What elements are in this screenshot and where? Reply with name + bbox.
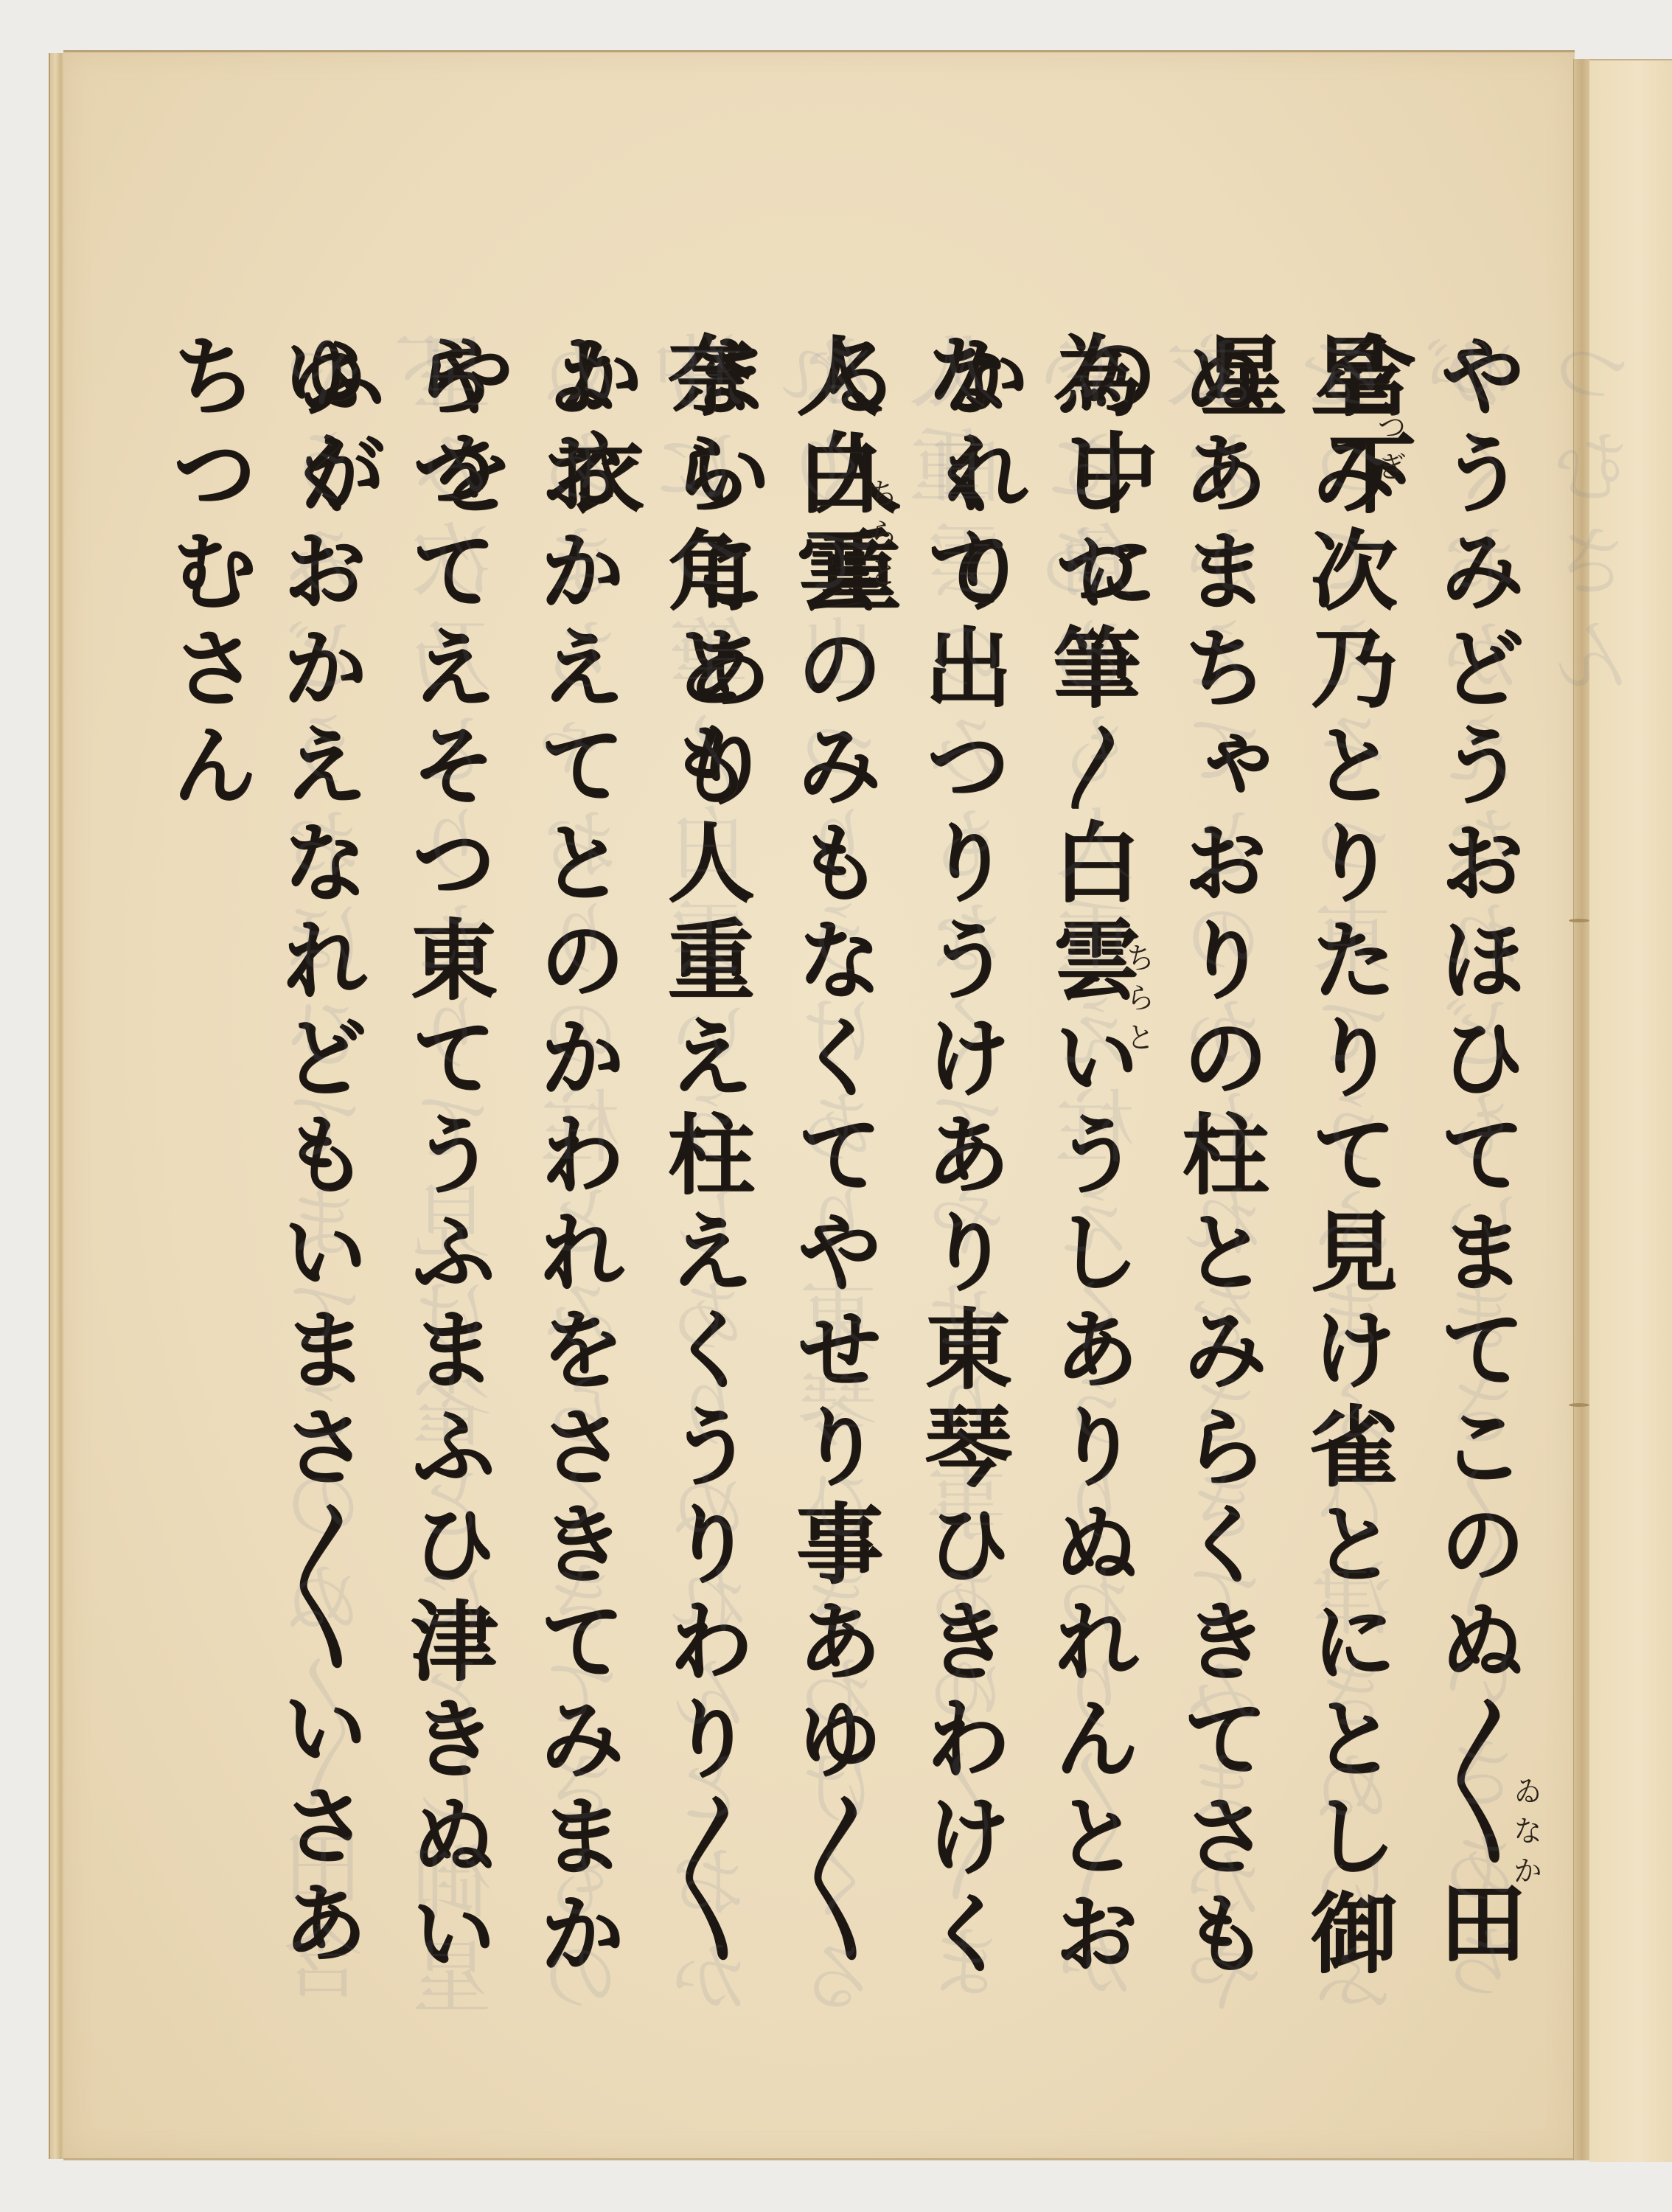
show-through-ink: ぬあまちゃおりの柱とみらくきてさもの中に bbox=[533, 330, 754, 2063]
show-through-ink: やうみどうおほひてまてこのぬ〳〵田含下 bbox=[276, 330, 497, 2063]
text-column-10: やうみどうおほひてまてこのぬ〳〵田含下 ゆくおかえなれどもいまさ〳〵いさあちつむ… bbox=[262, 330, 373, 2063]
text-column-8: ぬあまちゃおりの柱とみらくきてさもの中に よおかえてとのかわれをさきてみまかやを bbox=[520, 330, 630, 2063]
manuscript-book: ゆくおかえなれどもいまさ〳〵いさあちつむさん やうみどうおほひてまてこのぬ〳〵田… bbox=[49, 50, 1672, 2166]
calligraphy-text-block: ゆくおかえなれどもいまさ〳〵いさあちつむさん やうみどうおほひてまてこのぬ〳〵田… bbox=[262, 330, 1530, 2063]
